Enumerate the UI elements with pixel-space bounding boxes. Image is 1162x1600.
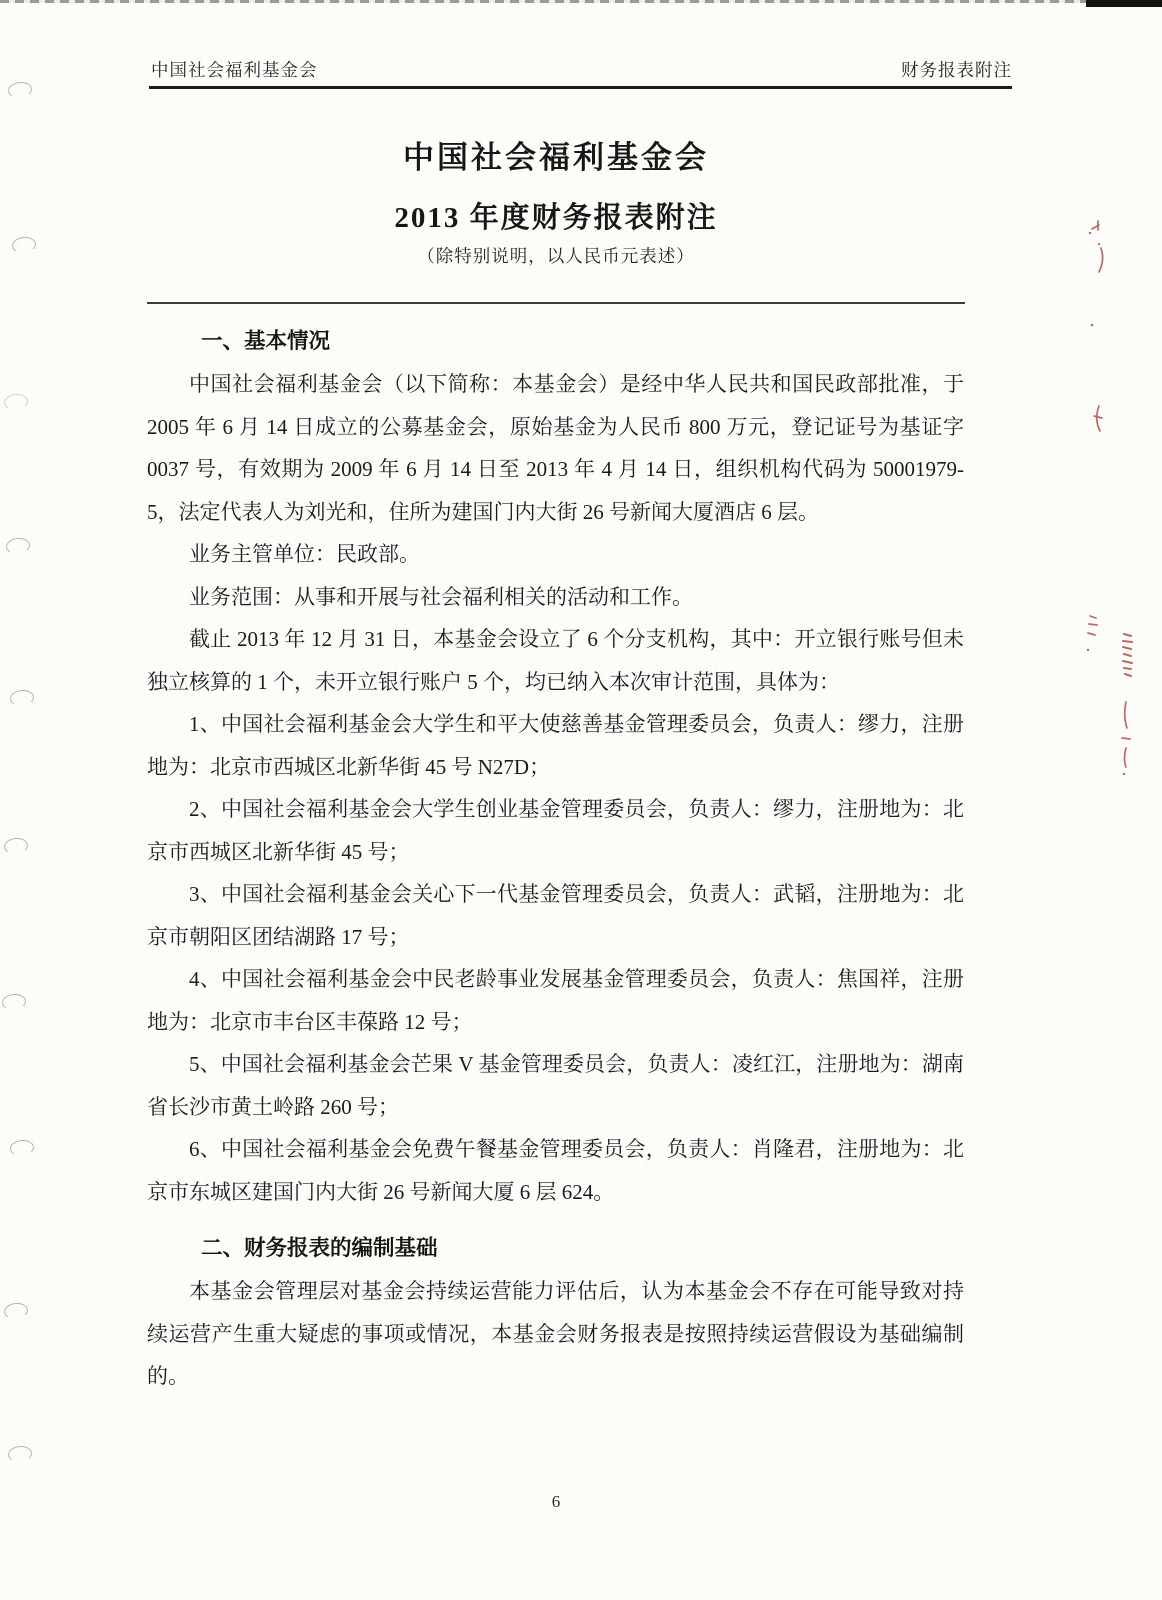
binding-mark [7,1445,33,1463]
title-divider-rule [147,302,965,304]
binding-mark [3,393,29,411]
paragraph-branch-5: 5、中国社会福利基金会芒果 V 基金管理委员会，负责人：凌红江，注册地为：湖南省… [147,1043,964,1128]
paragraph-foundation-intro: 中国社会福利基金会（以下简称：本基金会）是经中华人民共和国民政部批准，于 200… [147,363,964,533]
page-header: 中国社会福利基金会 财务报表附注 [151,57,1012,82]
scan-edge-artifact [0,0,1162,3]
binding-mark [9,689,35,707]
currency-note: （除特别说明，以人民币元表述） [148,243,964,268]
page-number: 6 [148,1492,964,1512]
section-heading-basic-info: 一、基本情况 [147,319,964,363]
binding-mark [9,1139,35,1157]
paragraph-branch-6: 6、中国社会福利基金会免费午餐基金管理委员会，负责人：肖隆君，注册地为：北京市东… [147,1128,964,1213]
paragraph-supervising-unit: 业务主管单位：民政部。 [147,533,964,576]
scan-edge-corner-artifact [1086,0,1162,7]
binding-mark [5,537,31,555]
paragraph-business-scope: 业务范围：从事和开展与社会福利相关的活动和工作。 [147,576,964,619]
header-rule [149,86,1012,89]
paragraph-branch-3: 3、中国社会福利基金会关心下一代基金管理委员会，负责人：武韬，注册地为：北京市朝… [147,873,964,958]
header-left-text: 中国社会福利基金会 [151,57,318,82]
document-body: 一、基本情况 中国社会福利基金会（以下简称：本基金会）是经中华人民共和国民政部批… [147,319,964,1398]
paragraph-branch-2: 2、中国社会福利基金会大学生创业基金管理委员会，负责人：缪力，注册地为：北京市西… [147,788,964,873]
section-heading-preparation-basis: 二、财务报表的编制基础 [147,1226,964,1270]
header-right-text: 财务报表附注 [901,57,1012,82]
binding-mark [3,1302,29,1320]
binding-mark [1,993,27,1011]
paragraph-branch-4: 4、中国社会福利基金会中民老龄事业发展基金管理委员会，负责人：焦国祥，注册地为：… [147,958,964,1043]
binding-mark [7,81,33,99]
document-subtitle: 2013 年度财务报表附注 [148,195,964,236]
paragraph-going-concern: 本基金会管理层对基金会持续运营能力评估后，认为本基金会不存在可能导致对持续运营产… [147,1270,964,1398]
paragraph-branch-1: 1、中国社会福利基金会大学生和平大使慈善基金管理委员会，负责人：缪力，注册地为：… [147,703,964,788]
red-annotation-marks [1078,210,1148,790]
binding-mark [3,837,29,855]
binding-mark [11,236,37,254]
paragraph-branches-summary: 截止 2013 年 12 月 31 日，本基金会设立了 6 个分支机构，其中：开… [147,618,964,703]
document-title: 中国社会福利基金会 [148,132,964,177]
